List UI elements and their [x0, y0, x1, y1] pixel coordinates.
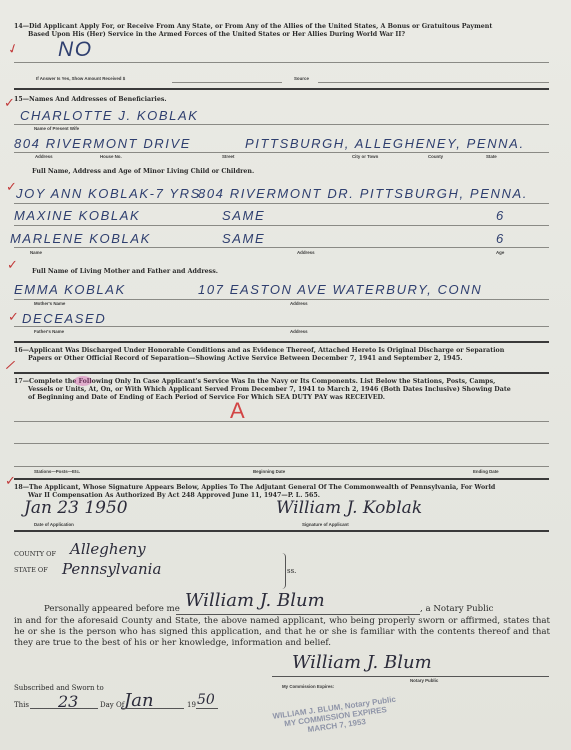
child-3-age: 6: [496, 231, 505, 246]
appeared-prefix: Personally appeared before me: [44, 604, 180, 615]
child-line: [14, 225, 549, 226]
year-prefix: 19: [187, 700, 196, 711]
notary-signature: William J. Blum: [292, 652, 432, 673]
beginning-date-label: Beginning Date: [253, 469, 285, 474]
q14-answer: NO: [58, 38, 93, 62]
q14-answer-line: [14, 62, 549, 63]
child-1-name: JOY ANN KOBLAK-7 YRS.: [16, 186, 206, 201]
q16-line2: Papers or Other Official Record of Separ…: [14, 355, 554, 363]
section-divider: [14, 341, 549, 343]
child-2-age: 6: [496, 208, 505, 223]
q17-line: [14, 466, 549, 467]
application-date: Jan 23 1950: [24, 498, 128, 518]
commission-expires-label: My Commission Expires:: [282, 684, 334, 689]
signature-label: Signature of Applicant: [302, 522, 349, 527]
state-value: Pennsylvania: [62, 560, 161, 578]
red-check-icon: ✓: [8, 310, 19, 325]
section-divider: [14, 372, 549, 374]
child-1-address: 804 RIVERMONT DR. PITTSBURGH, PENNA.: [198, 186, 528, 201]
day-line: [30, 708, 98, 709]
parents-title: Full Name of Living Mother and Father an…: [32, 268, 218, 276]
red-check-icon: ✓: [4, 96, 15, 111]
child-3-address: SAME: [222, 231, 265, 246]
q17-line3: of Beginning and Date of Ending of Each …: [14, 394, 554, 402]
notary-paragraph: in and for the aforesaid County and Stat…: [14, 616, 550, 650]
ending-date-label: Ending Date: [473, 469, 499, 474]
child-age-label: Age: [496, 250, 504, 255]
street-label: Street: [222, 154, 234, 159]
father-address-label: Address: [290, 329, 308, 334]
wife-name-label: Name of Present Wife: [34, 126, 79, 131]
notary-name-line: [176, 614, 420, 615]
mother-address-label: Address: [290, 301, 308, 306]
q14-line1: 14—Did Applicant Apply For, or Receive F…: [14, 23, 492, 30]
section-divider: [14, 478, 549, 480]
stations-label: Stations—Posts—Etc.: [34, 469, 80, 474]
q17-line: [14, 421, 549, 422]
state-label: STATE OF: [14, 566, 48, 574]
notary-signature-inline: William J. Blum: [185, 590, 325, 611]
q14-amount-line: [172, 82, 282, 83]
year-value: 50: [197, 692, 215, 708]
mother-label: Mother's Name: [34, 301, 65, 306]
children-title: Full Name, Address and Age of Minor Livi…: [32, 168, 254, 176]
mother-name: EMMA KOBLAK: [14, 282, 126, 297]
ink-smudge: [74, 376, 92, 386]
child-name-label: Name: [30, 250, 42, 255]
child-3-name: MARLENE KOBLAK: [10, 231, 151, 246]
q16-line1: 16—Applicant Was Discharged Under Honora…: [14, 347, 504, 354]
q17-line2: Vessels or Units, At, On, or With Which …: [14, 386, 554, 394]
wife-name-line: [14, 124, 549, 125]
q14-source-line: [318, 82, 549, 83]
this-label: This: [14, 700, 29, 711]
q16-text: 16—Applicant Was Discharged Under Honora…: [14, 347, 554, 363]
brace: [282, 553, 286, 589]
wife-address-street: 804 RIVERMONT DRIVE: [14, 136, 191, 151]
wife-address-city: PITTSBURGH, ALLEGHENEY, PENNA.: [245, 136, 525, 151]
county-label: COUNTY OF: [14, 550, 56, 558]
child-address-label: Address: [297, 250, 315, 255]
q15-title: 15—Names And Addresses of Beneficiaries.: [14, 96, 167, 104]
applicant-signature: William J. Koblak: [276, 498, 422, 518]
q14-source-label: Source: [294, 76, 309, 81]
county-value: Allegheny: [70, 540, 146, 558]
notary-signature-line: [272, 676, 549, 677]
day-of-label: Day Of: [100, 700, 124, 711]
q17-line: [14, 443, 549, 444]
wife-name: CHARLOTTE J. KOBLAK: [20, 108, 199, 123]
address-line: [14, 152, 549, 153]
date-of-application-label: Date of Application: [34, 522, 74, 527]
section-divider: [14, 88, 549, 90]
child-line: [14, 203, 549, 204]
child-line: [14, 247, 549, 248]
child-2-name: MAXINE KOBLAK: [14, 208, 140, 223]
ss-label: ss.: [287, 566, 296, 577]
house-no-label: House No.: [100, 154, 122, 159]
q14-question: 14—Did Applicant Apply For, or Receive F…: [14, 23, 554, 39]
mother-line: [14, 299, 549, 300]
notary-stamp: WILLIAM J. BLUM, Notary Public MY COMMIS…: [272, 695, 399, 739]
father-line: [14, 326, 549, 327]
father-name: DECEASED: [22, 311, 106, 326]
q17-text: 17—Complete the Following Only In Case A…: [14, 378, 554, 402]
q14-amount-label: If Answer Is Yes, Show Amount Received $: [36, 76, 125, 81]
section-divider: [14, 530, 549, 532]
form-page: 14—Did Applicant Apply For, or Receive F…: [0, 0, 571, 750]
month-line: [122, 708, 184, 709]
mother-address: 107 EASTON AVE WATERBURY, CONN: [198, 282, 482, 297]
child-2-address: SAME: [222, 208, 265, 223]
father-label: Father's Name: [34, 329, 64, 334]
notary-public-label: Notary Public: [410, 678, 438, 683]
city-label: City or Town: [352, 154, 378, 159]
county-label: County: [428, 154, 443, 159]
red-check-icon: ✓: [6, 41, 21, 59]
year-line: [196, 708, 218, 709]
state-label: State: [486, 154, 497, 159]
q18-line1: 18—The Applicant, Whose Signature Appear…: [14, 484, 495, 491]
address-label: Address: [35, 154, 53, 159]
red-check-icon: /: [5, 358, 16, 373]
appeared-suffix: , a Notary Public: [420, 604, 493, 615]
q14-line2: Based Upon His (Her) Service in the Arme…: [14, 31, 554, 39]
red-check-icon: ✓: [7, 258, 18, 273]
